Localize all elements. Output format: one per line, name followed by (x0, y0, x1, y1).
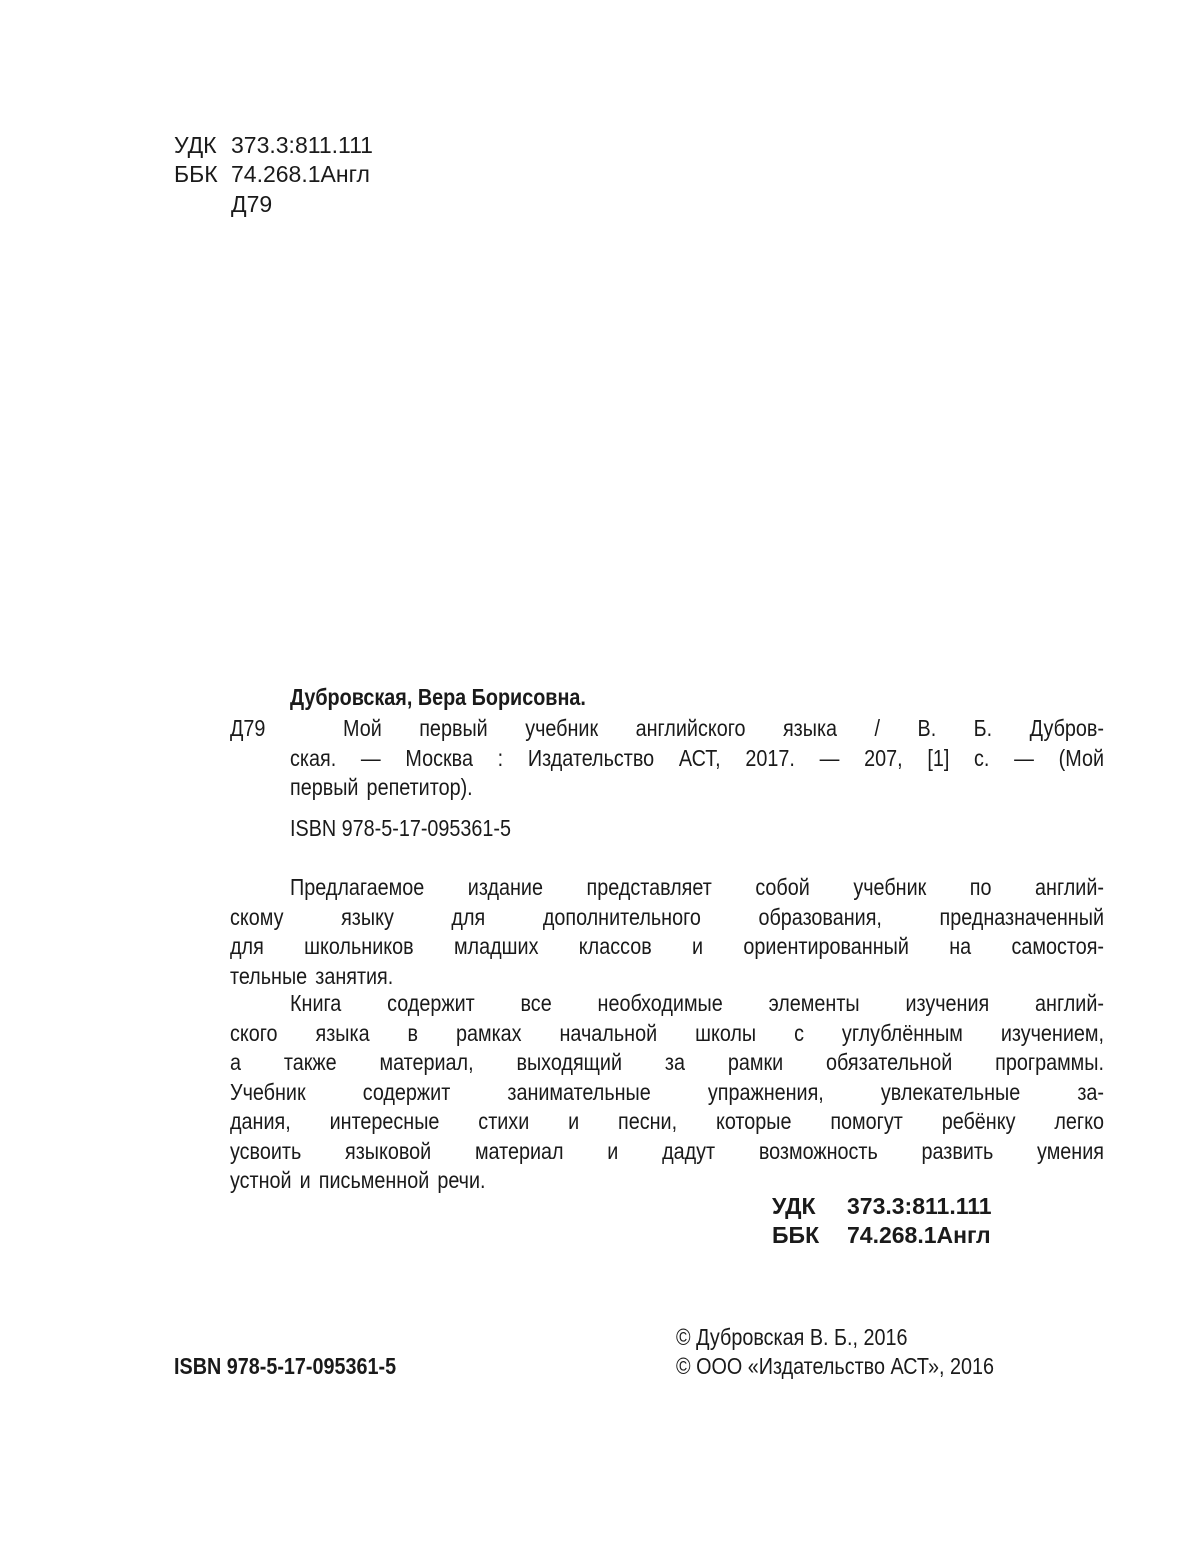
annotation-paragraph-2: Книга содержит все необходимые элементы … (230, 989, 1104, 1196)
annotation-line: а также материал, выходящий за рамки обя… (230, 1048, 1104, 1078)
description-line: ская. — Москва : Издательство АСТ, 2017.… (290, 744, 1104, 774)
annotation-line: для школьников младших классов и ориенти… (230, 932, 1104, 962)
annotation-line: Предлагаемое издание представляет собой … (230, 873, 1104, 903)
annotation-line: Учебник содержит занимательные упражнени… (230, 1078, 1104, 1108)
annotation-line: ского языка в рамках начальной школы с у… (230, 1019, 1104, 1049)
annotation-paragraph-1: Предлагаемое издание представляет собой … (230, 873, 1104, 991)
record-author: Дубровская, Вера Борисовна. (290, 683, 586, 712)
header-udk: УДК 373.3:811.111 (174, 131, 217, 160)
description-line: первый репетитор). (290, 773, 1104, 803)
header-bbk: ББК 74.268.1Англ (174, 160, 218, 189)
description-line: Мой первый учебник английского языка / В… (290, 714, 1104, 744)
classification-bbk-label: ББК (772, 1222, 819, 1248)
annotation-line: Книга содержит все необходимые элементы … (230, 989, 1104, 1019)
classification-udk-value: 373.3:811.111 (847, 1192, 992, 1221)
header-author-sign: Д79 (231, 190, 272, 219)
annotation-line: тельные занятия. (230, 962, 1104, 992)
bbk-label: ББК (174, 161, 218, 187)
udk-label: УДК (174, 132, 217, 158)
bbk-value: 74.268.1Англ (231, 160, 370, 189)
record-isbn: ISBN 978-5-17-095361-5 (290, 814, 511, 843)
annotation-line: скому языку для дополнительного образова… (230, 903, 1104, 933)
classification-bbk: ББК 74.268.1Англ (772, 1221, 819, 1250)
annotation-line: дания, интересные стихи и песни, которые… (230, 1107, 1104, 1137)
copyright-publisher: © ООО «Издательство АСТ», 2016 (676, 1352, 994, 1381)
udk-value: 373.3:811.111 (231, 131, 373, 160)
footer-isbn: ISBN 978-5-17-095361-5 (174, 1352, 396, 1381)
classification-udk: УДК 373.3:811.111 (772, 1192, 816, 1221)
annotation-line: усвоить языковой материал и дадут возмож… (230, 1137, 1104, 1167)
classification-udk-label: УДК (772, 1193, 816, 1219)
record-description: Мой первый учебник английского языка / В… (290, 714, 1104, 803)
record-author-sign: Д79 (230, 714, 265, 743)
copyright-author: © Дубровская В. Б., 2016 (676, 1323, 907, 1352)
classification-bbk-value: 74.268.1Англ (847, 1221, 991, 1250)
